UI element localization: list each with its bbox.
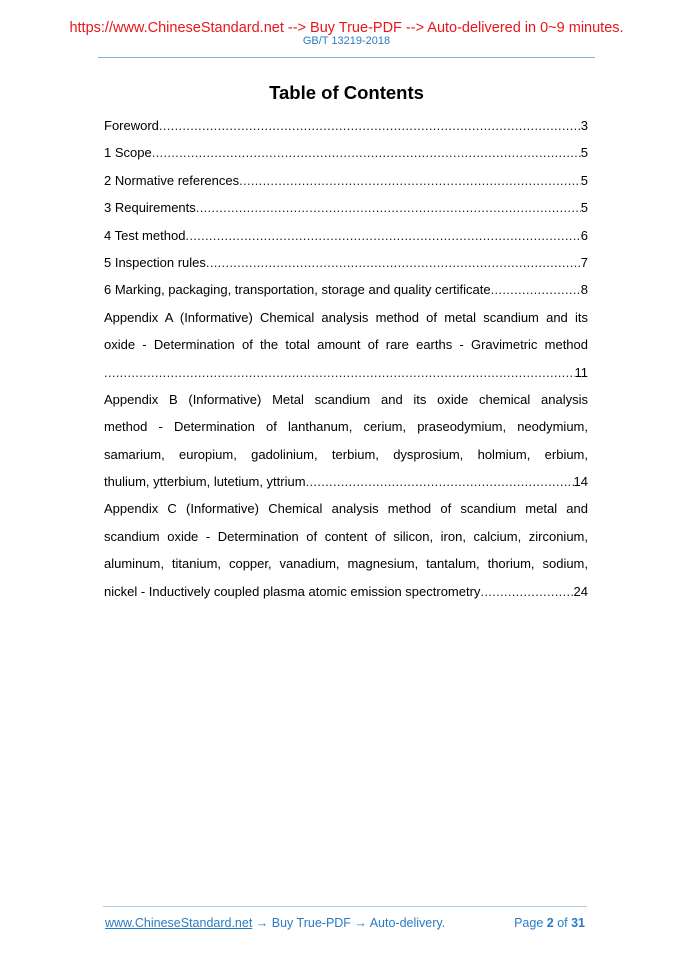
toc-entry-label: 1 Scope	[104, 139, 152, 166]
dot-leader	[206, 249, 581, 276]
table-of-contents: Foreword31 Scope52 Normative references5…	[104, 112, 588, 605]
toc-entry-page: 8	[581, 276, 588, 303]
toc-entry[interactable]: 2 Normative references5	[104, 167, 588, 194]
toc-entry-text-line: aluminum, titanium, copper, vanadium, ma…	[104, 550, 588, 577]
footer-link[interactable]: www.ChineseStandard.net	[105, 916, 252, 930]
page-indicator: Page 2 of 31	[514, 916, 585, 930]
toc-entry-label: nickel - Inductively coupled plasma atom…	[104, 578, 480, 605]
toc-entry-page: 5	[581, 194, 588, 221]
footer-tagline: → Buy True-PDF → Auto-delivery.	[252, 916, 445, 930]
toc-entry-text-line: oxide - Determination of the total amoun…	[104, 331, 588, 358]
standard-number: GB/T 13219-2018	[0, 35, 693, 47]
toc-entry-text-line: method - Determination of lanthanum, cer…	[104, 413, 588, 440]
footer-promo: www.ChineseStandard.net → Buy True-PDF →…	[105, 916, 445, 930]
dot-leader	[159, 112, 581, 139]
dot-leader	[152, 139, 581, 166]
toc-entry[interactable]: 3 Requirements5	[104, 194, 588, 221]
toc-entry-label: 5 Inspection rules	[104, 249, 206, 276]
dot-leader	[185, 222, 580, 249]
toc-entry[interactable]: 1 Scope5	[104, 139, 588, 166]
toc-entry-page: 14	[574, 468, 588, 495]
toc-entry-page: 6	[581, 222, 588, 249]
toc-appendix-entry[interactable]: Appendix B (Informative) Metal scandium …	[104, 386, 588, 496]
dot-leader	[480, 578, 573, 605]
toc-entry-text-line: scandium oxide - Determination of conten…	[104, 523, 588, 550]
toc-entry-page: 3	[581, 112, 588, 139]
header-divider	[98, 57, 595, 58]
footer-divider	[103, 906, 587, 907]
promo-banner[interactable]: https://www.ChineseStandard.net --> Buy …	[0, 20, 693, 36]
toc-entry-label: Foreword	[104, 112, 159, 139]
toc-entry-label: 2 Normative references	[104, 167, 239, 194]
toc-entry[interactable]: 6 Marking, packaging, transportation, st…	[104, 276, 588, 303]
toc-entry-label: thulium, ytterbium, lutetium, yttrium	[104, 468, 306, 495]
dot-leader	[239, 167, 581, 194]
toc-entry-text-line: Appendix C (Informative) Chemical analys…	[104, 495, 588, 522]
page-title: Table of Contents	[0, 82, 693, 104]
page-footer: www.ChineseStandard.net → Buy True-PDF →…	[105, 916, 585, 930]
toc-entry-text-line: Appendix B (Informative) Metal scandium …	[104, 386, 588, 413]
toc-entry-label: 3 Requirements	[104, 194, 196, 221]
toc-appendix-entry[interactable]: Appendix C (Informative) Chemical analys…	[104, 495, 588, 605]
toc-appendix-entry[interactable]: Appendix A (Informative) Chemical analys…	[104, 304, 588, 386]
toc-entry-label: 4 Test method	[104, 222, 185, 249]
total-pages: 31	[571, 916, 585, 930]
toc-entry-text-line: samarium, europium, gadolinium, terbium,…	[104, 441, 588, 468]
dot-leader	[104, 359, 575, 386]
toc-entry-page: 11	[575, 359, 589, 386]
toc-entry[interactable]: 4 Test method 6	[104, 222, 588, 249]
toc-entry-page: 24	[574, 578, 588, 605]
toc-entry-label: 6 Marking, packaging, transportation, st…	[104, 276, 491, 303]
toc-entry-page: 5	[581, 167, 588, 194]
toc-entry[interactable]: Foreword3	[104, 112, 588, 139]
toc-entry-text-line: Appendix A (Informative) Chemical analys…	[104, 304, 588, 331]
toc-entry-page: 5	[581, 139, 588, 166]
toc-entry-page: 7	[581, 249, 588, 276]
toc-entry[interactable]: 5 Inspection rules7	[104, 249, 588, 276]
dot-leader	[196, 194, 581, 221]
current-page: 2	[547, 916, 554, 930]
dot-leader	[306, 468, 574, 495]
dot-leader	[491, 276, 581, 303]
